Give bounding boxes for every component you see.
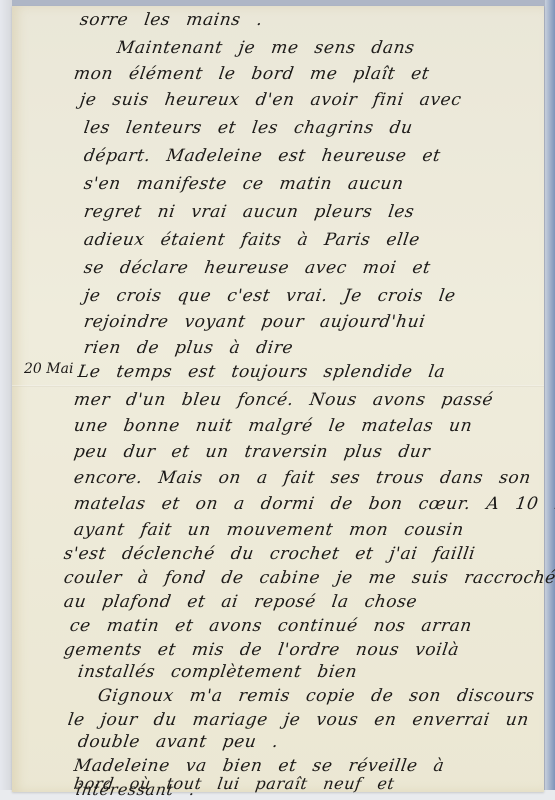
text-line: les lenteurs et les chagrins du xyxy=(83,118,414,138)
text-line: rien de plus à dire xyxy=(83,338,295,358)
text-line: ce matin et avons continué nos arran xyxy=(69,616,474,636)
text-line: s'est déclenché du crochet et j'ai faill… xyxy=(63,544,477,564)
text-line: Gignoux m'a remis copie de son discours xyxy=(97,686,536,706)
text-line: adieux étaient faits à Paris elle xyxy=(83,230,422,250)
handwritten-text: sorre les mains . Maintenant je me sens … xyxy=(12,6,544,792)
background-right-edge xyxy=(545,0,555,800)
text-line: double avant peu . xyxy=(77,732,280,752)
text-line: couler à fond de cabine je me suis raccr… xyxy=(63,568,555,588)
text-line: je crois que c'est vrai. Je crois le xyxy=(83,286,457,306)
text-line: je suis heureux d'en avoir fini avec xyxy=(79,90,463,110)
letter-page: 20 Mai sorre les mains . Maintenant je m… xyxy=(12,6,544,792)
text-line: gements et mis de l'ordre nous voilà xyxy=(63,640,461,660)
text-line: matelas et on a dormi de bon cœur. A 10 … xyxy=(73,494,555,514)
text-line: mer d'un bleu foncé. Nous avons passé xyxy=(73,390,495,410)
text-line: Le temps est toujours splendide la xyxy=(77,362,447,382)
text-line-final: intéressant . xyxy=(75,780,197,799)
text-line: peu dur et un traversin plus dur xyxy=(73,442,432,462)
text-line: Maintenant je me sens dans xyxy=(116,38,416,58)
text-line: départ. Madeleine est heureuse et xyxy=(83,146,442,166)
text-line: regret ni vrai aucun pleurs les xyxy=(83,202,416,222)
text-line: sorre les mains . xyxy=(79,10,264,30)
text-line: installés complètement bien xyxy=(77,662,359,682)
text-line: au plafond et ai reposé la chose xyxy=(63,592,419,612)
text-line: mon élément le bord me plaît et xyxy=(73,64,431,84)
text-line: une bonne nuit malgré le matelas un xyxy=(73,416,474,436)
text-line: se déclare heureuse avec moi et xyxy=(83,258,432,278)
text-line: rejoindre voyant pour aujourd'hui xyxy=(83,312,427,332)
text-line: Madeleine va bien et se réveille à xyxy=(73,756,446,776)
text-line: ayant fait un mouvement mon cousin xyxy=(73,520,466,540)
text-line: le jour du mariage je vous en enverrai u… xyxy=(67,710,531,730)
text-line: s'en manifeste ce matin aucun xyxy=(83,174,405,194)
background-left-edge xyxy=(0,0,12,800)
text-line: encore. Mais on a fait ses trous dans so… xyxy=(73,468,533,488)
